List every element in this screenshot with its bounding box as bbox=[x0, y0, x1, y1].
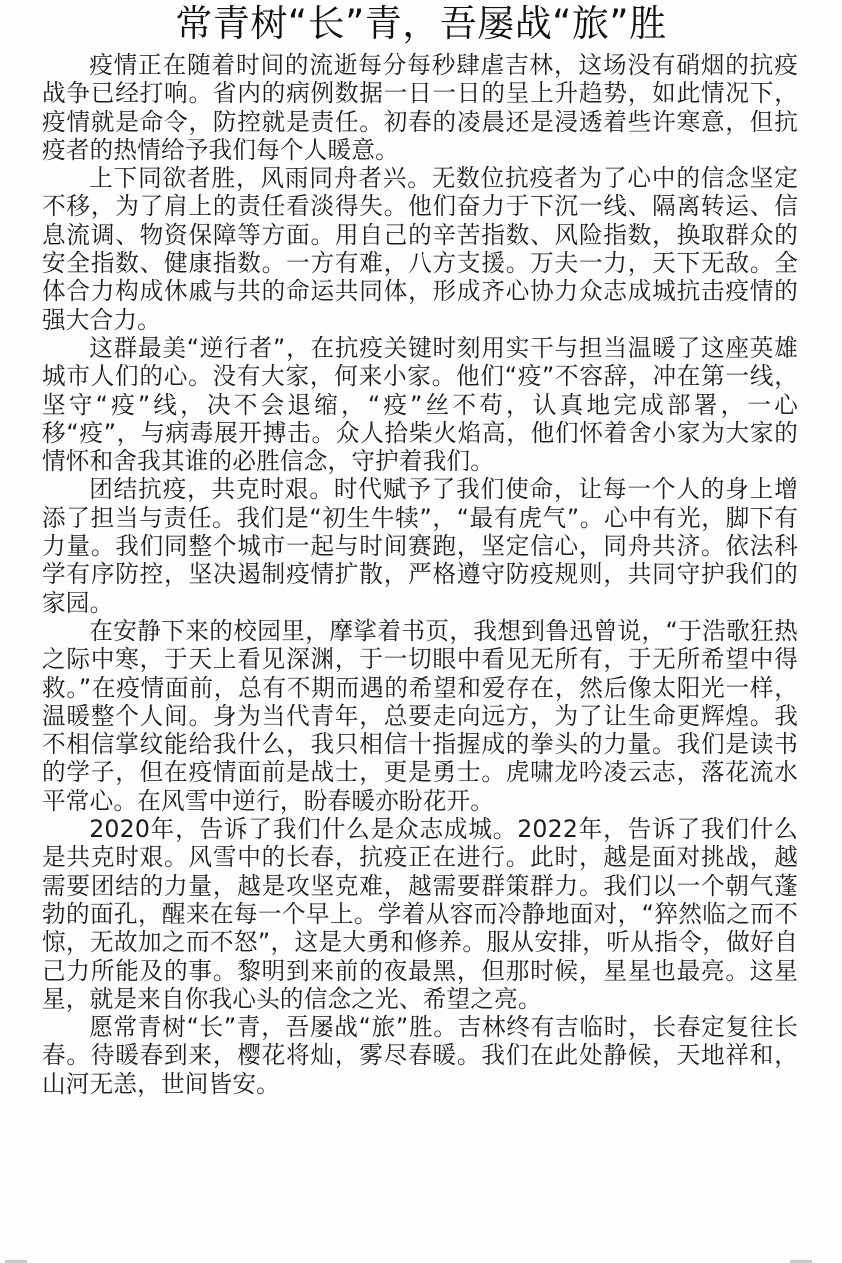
paragraph-1: 疫情正在随着时间的流逝每分每秒肆虐吉林，这场没有硝烟的抗疫战争已经打响。省内的病… bbox=[42, 51, 798, 164]
document-title: 常青树“长”青，吾屡战“旅”胜 bbox=[0, 2, 842, 46]
paragraph-5: 在安静下来的校园里，摩挲着书页，我想到鲁迅曾说，“于浩歌狂热之际中寒，于天上看见… bbox=[42, 617, 798, 815]
article-body: 疫情正在随着时间的流逝每分每秒肆虐吉林，这场没有硝烟的抗疫战争已经打响。省内的病… bbox=[42, 51, 798, 1098]
paragraph-3: 这群最美“逆行者”，在抗疫关键时刻用实干与担当温暖了这座英雄城市人们的心。没有大… bbox=[42, 334, 798, 475]
paragraph-4: 团结抗疫，共克时艰。时代赋予了我们使命，让每一个人的身上增添了担当与责任。我们是… bbox=[42, 475, 798, 616]
paragraph-7: 愿常青树“长”青，吾屡战“旅”胜。吉林终有吉临时，长春定复往长春。待暖春到来，樱… bbox=[42, 1013, 798, 1098]
paragraph-2: 上下同欲者胜，风雨同舟者兴。无数位抗疫者为了心中的信念坚定不移，为了肩上的责任看… bbox=[42, 164, 798, 334]
paragraph-6: 2020年，告诉了我们什么是众志成城。2022年，告诉了我们什么是共克时艰。风雪… bbox=[42, 815, 798, 1013]
document-page: 常青树“长”青，吾屡战“旅”胜 疫情正在随着时间的流逝每分每秒肆虐吉林，这场没有… bbox=[0, 0, 842, 1263]
